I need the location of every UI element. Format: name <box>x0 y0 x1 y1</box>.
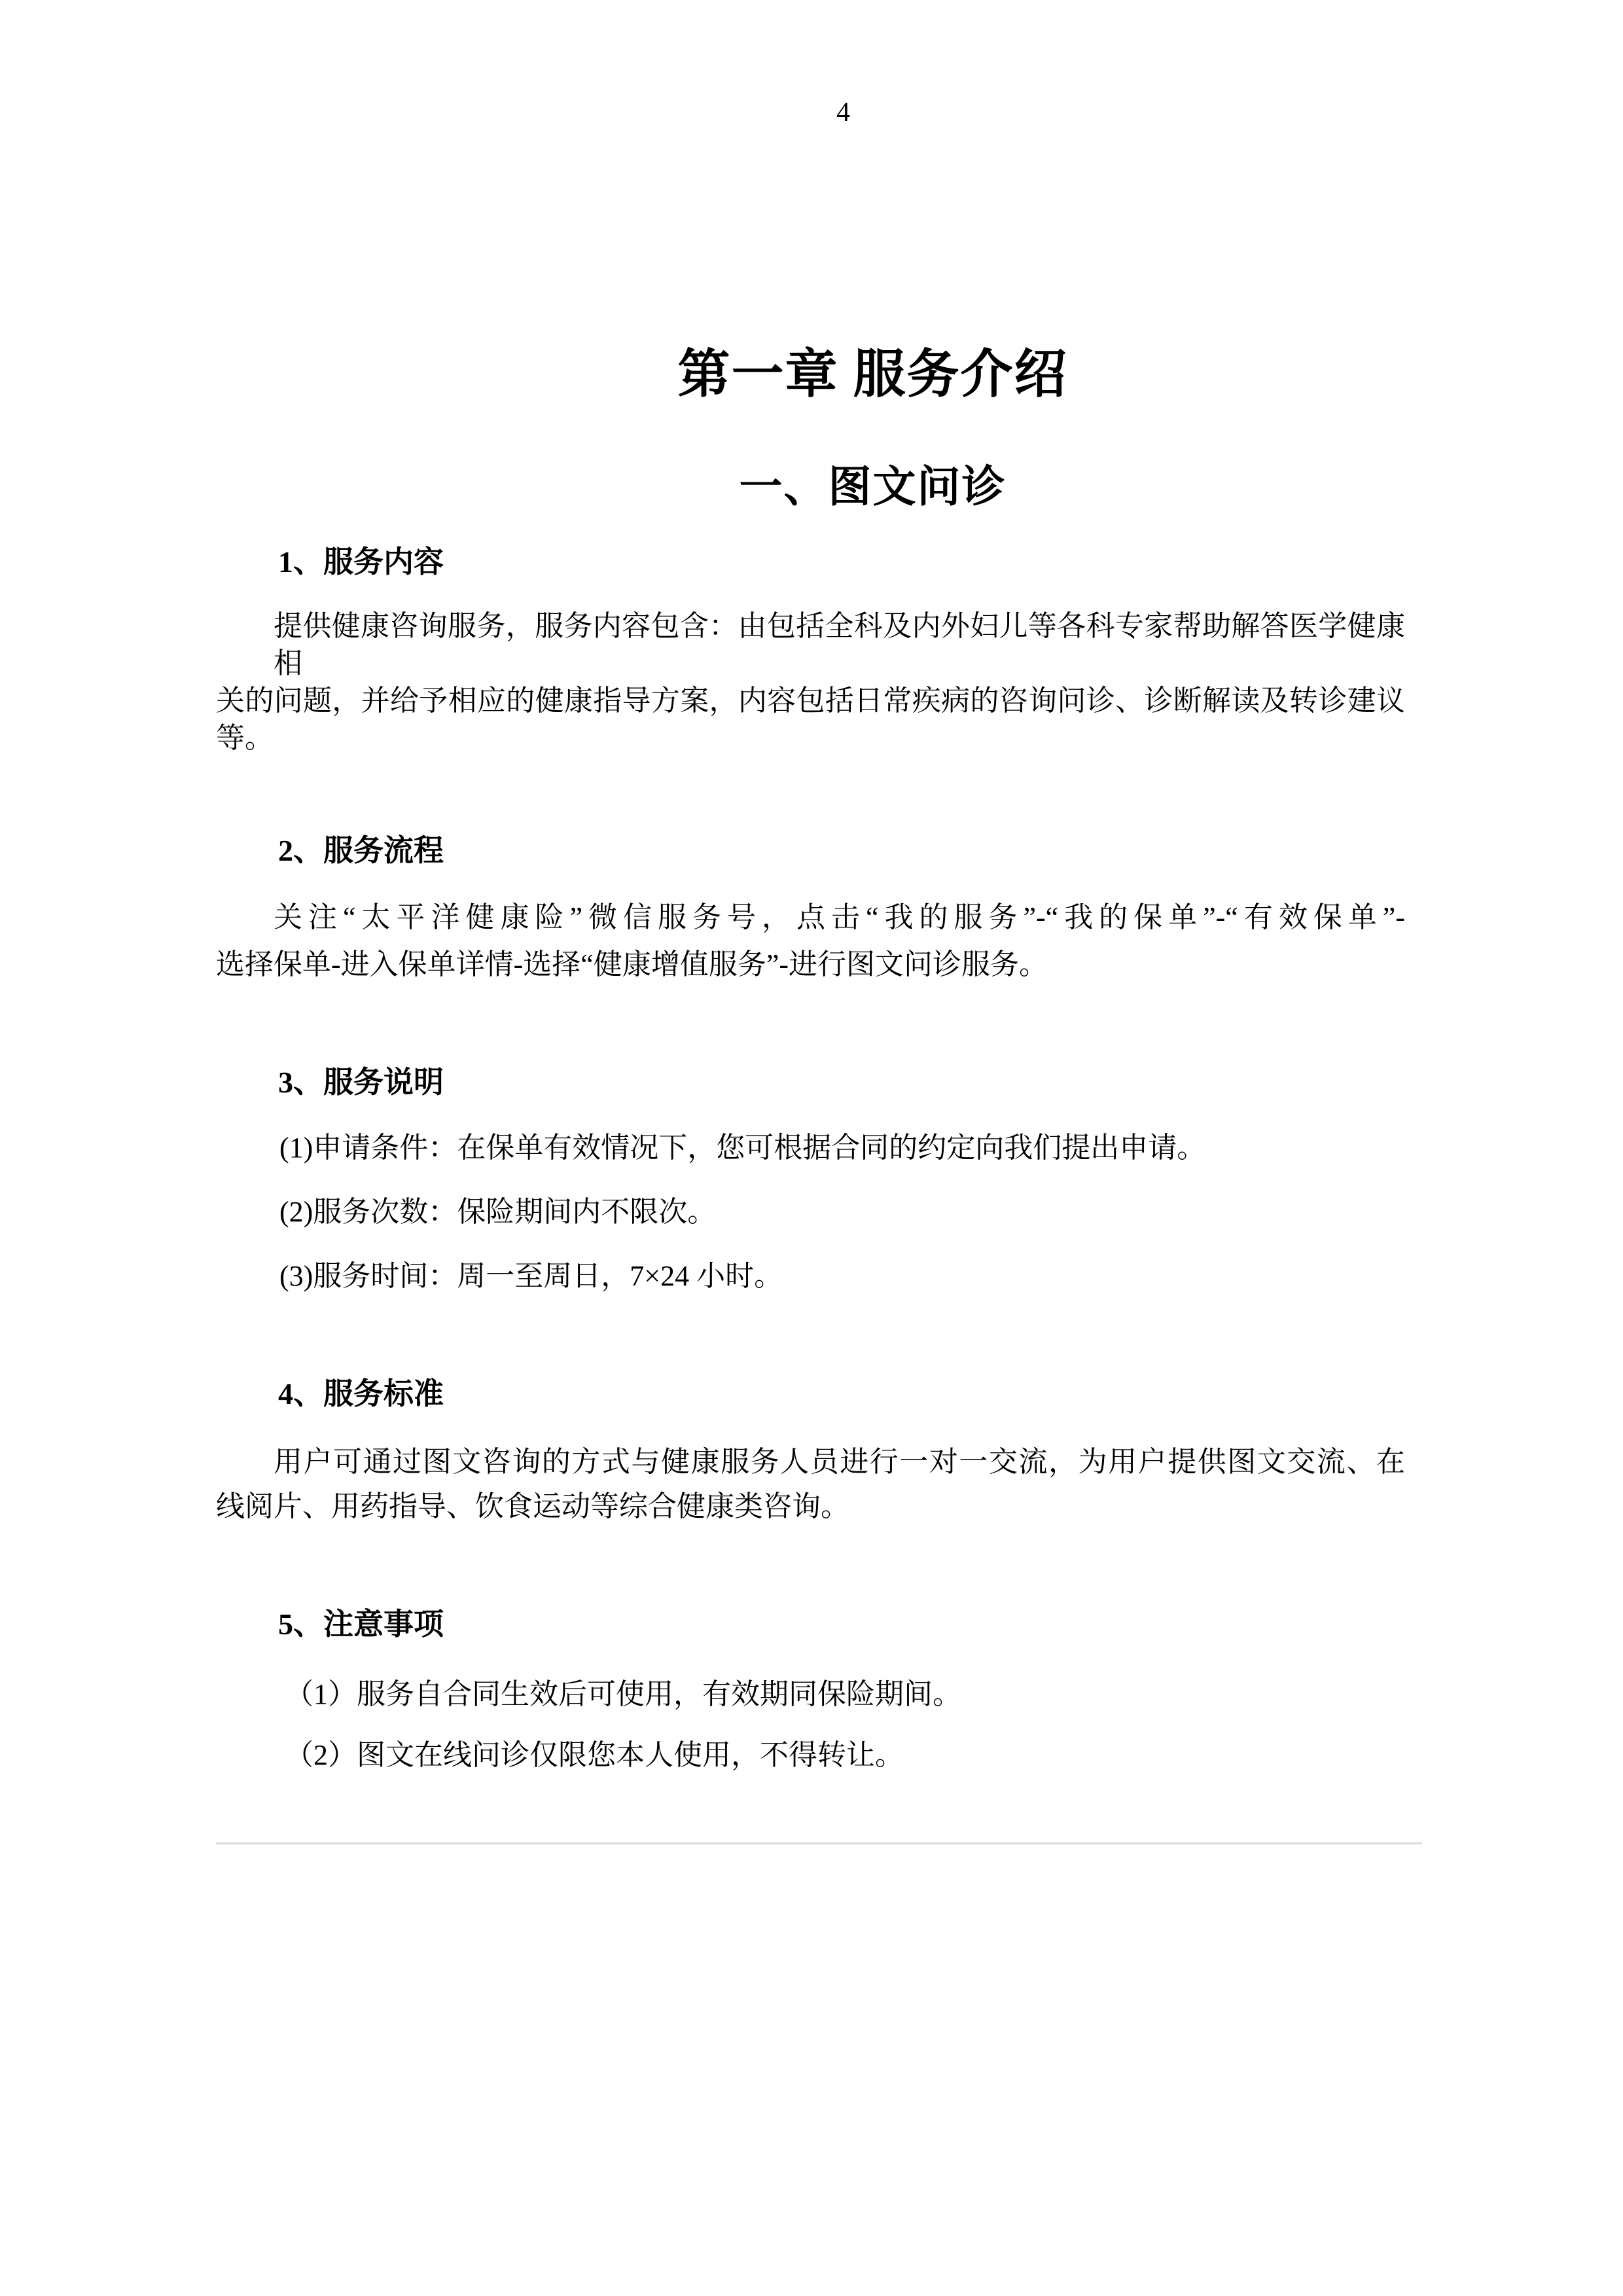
list-item: (2)服务次数：保险期间内不限次。 <box>216 1193 1405 1230</box>
chapter-title: 第一章 服务介绍 <box>216 345 1405 405</box>
section-service-standard: 4、服务标准 用户可通过图文咨询的方式与健康服务人员进行一对一交流，为用户提供图… <box>216 1377 1405 1529</box>
section-service-content: 1、服务内容 提供健康咨询服务，服务内容包含：由包括全科及内外妇儿等各科专家帮助… <box>216 545 1405 757</box>
text-column: 4 第一章 服务介绍 一、图文问诊 1、服务内容 提供健康咨询服务，服务内容包含… <box>216 98 1405 1844</box>
paragraph-line: 用户可通过图文咨询的方式与健康服务人员进行一对一交流，为用户提供图文交流、在 <box>216 1440 1405 1484</box>
list-item: （1）服务自合同生效后可使用，有效期同保险期间。 <box>216 1676 1405 1713</box>
paragraph: 用户可通过图文咨询的方式与健康服务人员进行一对一交流，为用户提供图文交流、在 线… <box>216 1440 1405 1529</box>
list-item: （2）图文在线问诊仅限您本人使用，不得转让。 <box>216 1736 1405 1774</box>
list-item: (3)服务时间：周一至周日，7×24 小时。 <box>216 1257 1405 1295</box>
paragraph-line: 等。 <box>216 719 1405 757</box>
section-heading: 3、服务说明 <box>216 1066 1405 1100</box>
section-notes: 5、注意事项 （1）服务自合同生效后可使用，有效期同保险期间。 （2）图文在线问… <box>216 1607 1405 1774</box>
section-service-process: 2、服务流程 关注“太平洋健康险”微信服务号，点击“我的服务”-“我的保单”-“… <box>216 834 1405 988</box>
list-item: (1)申请条件：在保单有效情况下，您可根据合同的约定向我们提出申请。 <box>216 1129 1405 1166</box>
footer-divider <box>216 1842 1422 1844</box>
section-title: 一、图文问诊 <box>216 463 1405 512</box>
section-heading: 2、服务流程 <box>216 834 1405 868</box>
document-page: { "page": { "number": "4" }, "title": { … <box>0 0 1623 2296</box>
numbered-list: （1）服务自合同生效后可使用，有效期同保险期间。 （2）图文在线问诊仅限您本人使… <box>216 1676 1405 1774</box>
paragraph: 关注“太平洋健康险”微信服务号，点击“我的服务”-“我的保单”-“有效保单”- … <box>216 894 1405 988</box>
paragraph: 提供健康咨询服务，服务内容包含：由包括全科及内外妇儿等各科专家帮助解答医学健康相… <box>216 607 1405 757</box>
paragraph-line: 提供健康咨询服务，服务内容包含：由包括全科及内外妇儿等各科专家帮助解答医学健康相 <box>216 607 1405 682</box>
numbered-list: (1)申请条件：在保单有效情况下，您可根据合同的约定向我们提出申请。 (2)服务… <box>216 1129 1405 1295</box>
section-service-description: 3、服务说明 (1)申请条件：在保单有效情况下，您可根据合同的约定向我们提出申请… <box>216 1066 1405 1295</box>
section-heading: 4、服务标准 <box>216 1377 1405 1411</box>
paragraph-line: 选择保单-进入保单详情-选择“健康增值服务”-进行图文问诊服务。 <box>216 941 1405 988</box>
section-heading: 1、服务内容 <box>216 545 1405 579</box>
section-heading: 5、注意事项 <box>216 1607 1405 1641</box>
paragraph-line: 关注“太平洋健康险”微信服务号，点击“我的服务”-“我的保单”-“有效保单”- <box>216 894 1405 941</box>
paragraph-line: 线阅片、用药指导、饮食运动等综合健康类咨询。 <box>216 1484 1405 1529</box>
page-number: 4 <box>216 98 1405 127</box>
paragraph-line: 关的问题，并给予相应的健康指导方案，内容包括日常疾病的咨询问诊、诊断解读及转诊建… <box>216 682 1405 719</box>
